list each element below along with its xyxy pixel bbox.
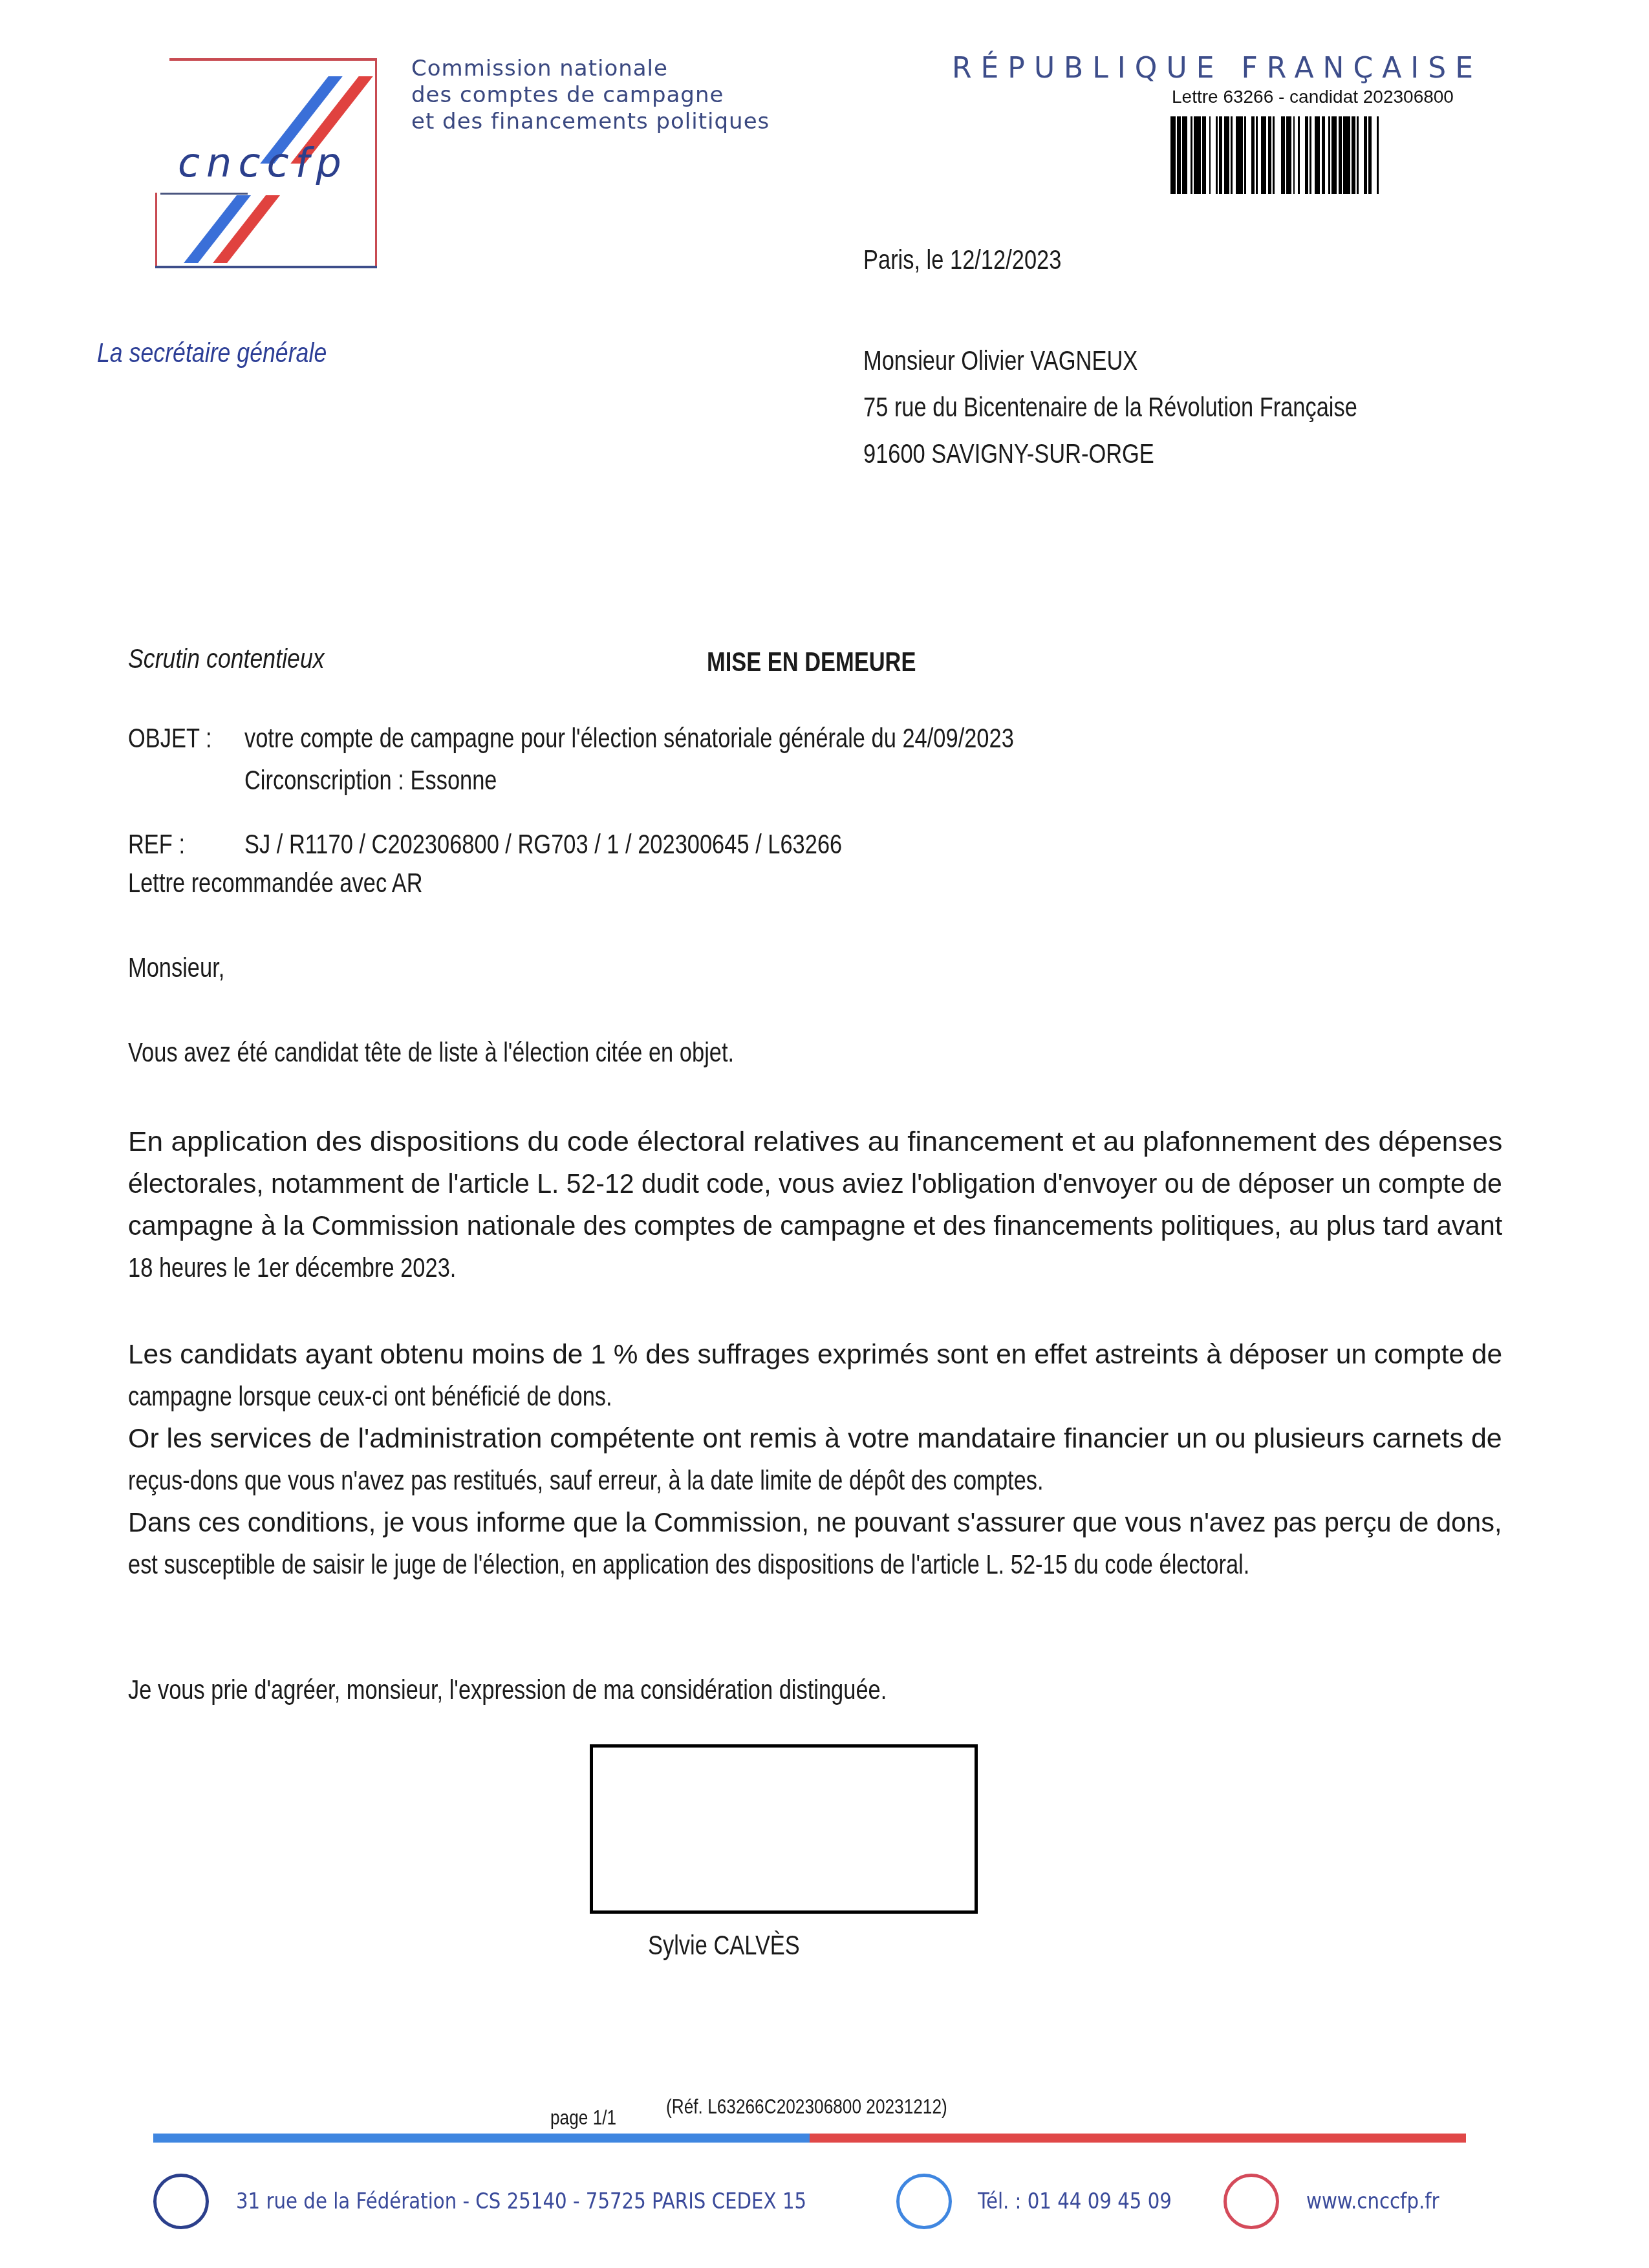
barcode-icon — [1170, 116, 1539, 194]
recipient-address: Monsieur Olivier VAGNEUX 75 rue du Bicen… — [863, 337, 1357, 477]
letter-title: MISE EN DEMEURE — [707, 647, 916, 678]
address-circle-icon — [153, 2174, 209, 2229]
signer-name: Sylvie CALVÈS — [648, 1930, 800, 1961]
logo-border-left — [155, 193, 157, 268]
web-circle-icon — [1223, 2174, 1279, 2229]
logo-divider — [160, 193, 248, 195]
paragraph-line: reçus-dons que vous n'avez pas restitués… — [128, 1459, 1255, 1501]
paragraph-2: En application des dispositions du code … — [128, 1120, 1502, 1289]
paragraph-line: électorales, notamment de l'article L. 5… — [128, 1162, 1469, 1204]
paragraph-3: Les candidats ayant obtenu moins de 1 % … — [128, 1333, 1502, 1585]
letter-date: Paris, le 12/12/2023 — [863, 244, 1061, 275]
tricolor-rule-blue — [153, 2134, 810, 2143]
closing-formula: Je vous prie d'agréer, monsieur, l'expre… — [128, 1674, 887, 1706]
ref-label: REF : — [128, 829, 185, 860]
tricolor-rule-red — [810, 2134, 1466, 2143]
ref-text: SJ / R1170 / C202306800 / RG703 / 1 / 20… — [244, 829, 842, 860]
recipient-city: 91600 SAVIGNY-SUR-ORGE — [863, 431, 1357, 477]
footer-website[interactable]: www.cnccfp.fr — [1306, 2188, 1439, 2214]
paragraph-line: Dans ces conditions, je vous informe que… — [128, 1501, 1487, 1543]
republique-francaise: RÉPUBLIQUE FRANÇAISE — [952, 52, 1482, 85]
footer-address: 31 rue de la Fédération - CS 25140 - 757… — [236, 2188, 806, 2214]
paragraph-line: campagne à la Commission nationale des c… — [128, 1204, 1486, 1246]
logo-border-top — [169, 58, 375, 61]
signature-box — [590, 1744, 978, 1914]
cnccfp-logo: cnccfp — [155, 58, 375, 268]
paragraph-line: 18 heures le 1er décembre 2023. — [128, 1246, 1255, 1289]
commission-line: Commission nationale — [411, 56, 770, 82]
tricolor-rule — [153, 2134, 1466, 2143]
objet-text: votre compte de campagne pour l'élection… — [244, 723, 1014, 754]
letter-code: Lettre 63266 - candidat 202306800 — [1172, 87, 1454, 107]
objet-label: OBJET : — [128, 723, 212, 754]
footer-reference: (Réf. L63266C202306800 20231212) — [666, 2095, 947, 2119]
phone-circle-icon — [896, 2174, 952, 2229]
delivery-mode: Lettre recommandée avec AR — [128, 868, 423, 899]
footer-phone: Tél. : 01 44 09 45 09 — [978, 2188, 1172, 2214]
sender-title: La secrétaire générale — [97, 337, 327, 369]
commission-line: et des financements politiques — [411, 109, 770, 135]
salutation: Monsieur, — [128, 952, 224, 983]
recipient-name: Monsieur Olivier VAGNEUX — [863, 337, 1357, 384]
circonscription: Circonscription : Essonne — [244, 765, 497, 796]
commission-name: Commission nationale des comptes de camp… — [411, 56, 770, 135]
logo-border-bottom — [155, 266, 377, 268]
recipient-street: 75 rue du Bicentenaire de la Révolution … — [863, 384, 1357, 431]
paragraph-line: Les candidats ayant obtenu moins de 1 % … — [128, 1333, 1517, 1375]
paragraph-1: Vous avez été candidat tête de liste à l… — [128, 1037, 734, 1068]
paragraph-line: campagne lorsque ceux-ci ont bénéficié d… — [128, 1375, 1255, 1417]
paragraph-line: En application des dispositions du code … — [128, 1120, 1576, 1162]
logo-border-right — [375, 58, 377, 268]
page-number: page 1/1 — [550, 2106, 616, 2130]
paragraph-line: est susceptible de saisir le juge de l'é… — [128, 1543, 1255, 1585]
commission-line: des comptes de campagne — [411, 82, 770, 109]
logo-wordmark: cnccfp — [178, 139, 348, 186]
letter-category: Scrutin contentieux — [128, 643, 325, 674]
paragraph-line: Or les services de l'administration comp… — [128, 1417, 1533, 1459]
